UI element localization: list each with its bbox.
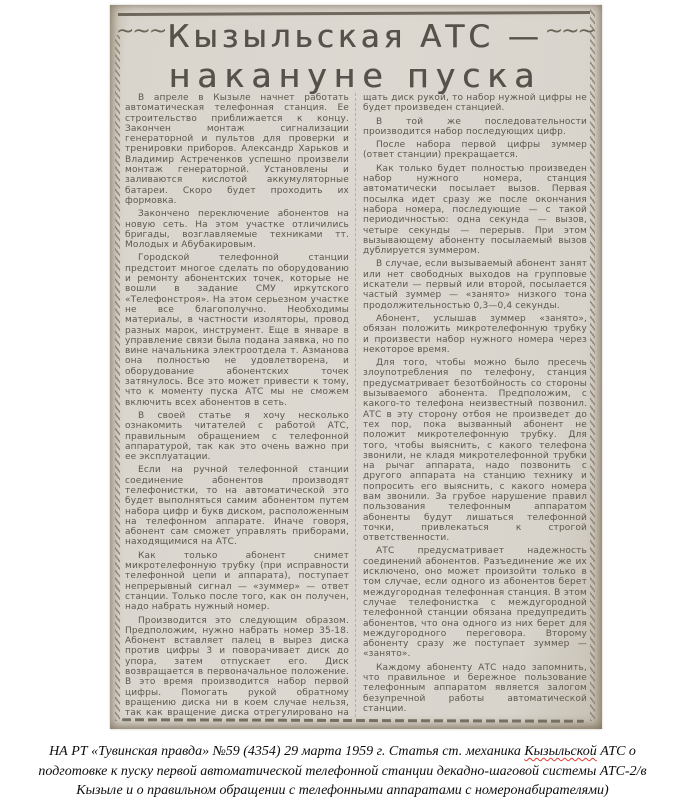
article-column-1: В апреле в Кызыле начнет работать автома… — [125, 93, 349, 717]
article-paragraph: Как только будет полностью произведен на… — [363, 164, 587, 257]
article-column-2: щать диск рукой, то набор нужной цифры н… — [363, 93, 587, 717]
clipping-bottom-rule — [122, 718, 584, 723]
article-paragraph: щать диск рукой, то набор нужной цифры н… — [363, 93, 587, 114]
article-paragraph: Производится это следующим образом. Пред… — [125, 616, 349, 717]
article-paragraph: В случае, если вызываемый абонент занят … — [363, 259, 587, 310]
article-paragraph: В своей статье я хочу несколько ознакоми… — [125, 411, 349, 462]
spellcheck-underlined-word: Кызыльской — [524, 744, 596, 759]
clipping-right-torn-edge — [590, 9, 595, 721]
article-paragraph: В апреле в Кызыле начнет работать автома… — [125, 93, 349, 206]
article-paragraph: После набора первой цифры зуммер (ответ … — [363, 140, 587, 161]
headline-line-2: накануне пуска — [124, 56, 586, 95]
article-paragraph: Каждому абоненту АТС надо запомнить, что… — [363, 663, 587, 714]
caption-line-3: Кызыле и о правильном обращении с телефо… — [0, 781, 685, 801]
clipping-left-torn-edge — [115, 35, 120, 721]
article-paragraph: Городской телефонной станции предстоит м… — [125, 253, 349, 407]
article-paragraph: Как только абонент снимет микротелефонну… — [125, 551, 349, 613]
article-paragraph: В той же последовательности производится… — [363, 117, 587, 138]
caption-text: НА РТ «Тувинская правда» №59 (4354) 29 м… — [49, 744, 524, 759]
article-paragraph: Закончено переключение абонентов на нову… — [125, 209, 349, 250]
caption-line-1: НА РТ «Тувинская правда» №59 (4354) 29 м… — [0, 742, 685, 762]
article-headline: Кызыльская АТС — накануне пуска — [124, 19, 586, 91]
caption-text: АТС о — [597, 744, 636, 759]
clipping-top-rule — [118, 11, 590, 16]
article-paragraph: Абонент, услышав зуммер «занято», обязан… — [363, 314, 587, 355]
article-body: В апреле в Кызыле начнет работать автома… — [125, 93, 587, 717]
archive-caption: НА РТ «Тувинская правда» №59 (4354) 29 м… — [0, 742, 685, 801]
caption-line-2: подготовке к пуску первой автоматической… — [0, 762, 685, 782]
headline-line-1: Кызыльская АТС — — [124, 19, 586, 55]
column-divider-rule — [355, 93, 356, 717]
article-paragraph: Для того, чтобы можно было пресечь злоуп… — [363, 358, 587, 543]
word-document-page: { "clipping": { "paper_color": "#dcd8d1"… — [0, 0, 685, 806]
article-paragraph: Если на ручной телефонной станции соедин… — [125, 465, 349, 547]
newspaper-clipping-photo: ~~~ ~~~ Кызыльская АТС — накануне пуска … — [110, 5, 602, 729]
article-paragraph: АТС предусматривает надежность соединени… — [363, 546, 587, 659]
